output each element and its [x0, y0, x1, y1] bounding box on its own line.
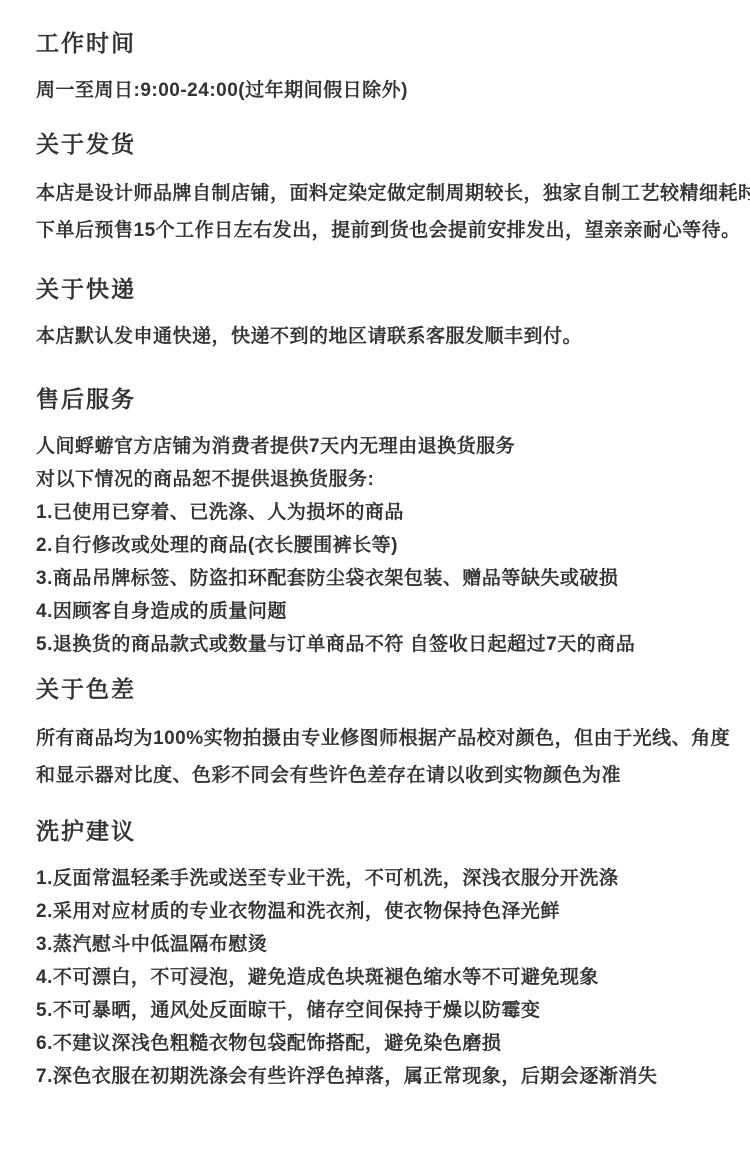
after-sales-item: 4.因顾客自身造成的质量问题: [36, 595, 742, 628]
section-after-sales: 售后服务 人间蜉蝣官方店铺为消费者提供7天内无理由退换货服务 对以下情况的商品恕…: [36, 386, 742, 661]
after-sales-heading: 售后服务: [36, 386, 742, 412]
store-policy-page: 工作时间 周一至周日:9:00-24:00(过年期间假日除外) 关于发货 本店是…: [0, 0, 750, 1157]
express-heading: 关于快递: [36, 276, 742, 302]
color-difference-heading: 关于色差: [36, 676, 742, 702]
color-difference-text-line: 和显示器对比度、色彩不同会有些许色差存在请以收到实物颜色为准: [36, 757, 742, 794]
washing-care-item: 2.采用对应材质的专业衣物温和洗衣剂，使衣物保持色泽光鲜: [36, 895, 742, 928]
section-shipping: 关于发货 本店是设计师品牌自制店铺，面料定染定做定制周期较长，独家自制工艺较精细…: [36, 131, 742, 249]
after-sales-item: 5.退换货的商品款式或数量与订单商品不符 自签收日起超过7天的商品: [36, 628, 742, 661]
shipping-heading: 关于发货: [36, 131, 742, 157]
shipping-text-line: 本店是设计师品牌自制店铺，面料定染定做定制周期较长，独家自制工艺较精细耗时，: [36, 175, 742, 212]
color-difference-text-line: 所有商品均为100%实物拍摄由专业修图师根据产品校对颜色，但由于光线、角度: [36, 720, 742, 757]
after-sales-condition-intro: 对以下情况的商品恕不提供退换货服务:: [36, 463, 742, 496]
washing-care-item: 5.不可暴晒，通风处反面晾干，储存空间保持于燥以防霉变: [36, 994, 742, 1027]
section-color-difference: 关于色差 所有商品均为100%实物拍摄由专业修图师根据产品校对颜色，但由于光线、…: [36, 676, 742, 794]
working-hours-text: 周一至周日:9:00-24:00(过年期间假日除外): [36, 74, 742, 107]
section-express: 关于快递 本店默认发申通快递，快递不到的地区请联系客服发顺丰到付。: [36, 276, 742, 353]
washing-care-heading: 洗护建议: [36, 818, 742, 844]
after-sales-intro: 人间蜉蝣官方店铺为消费者提供7天内无理由退换货服务: [36, 430, 742, 463]
after-sales-item: 1.已使用已穿着、已洗涤、人为损坏的商品: [36, 496, 742, 529]
section-washing-care: 洗护建议 1.反面常温轻柔手洗或送至专业干洗，不可机洗，深浅衣服分开洗涤 2.采…: [36, 818, 742, 1093]
washing-care-item: 3.蒸汽慰斗中低温隔布慰烫: [36, 928, 742, 961]
section-working-hours: 工作时间 周一至周日:9:00-24:00(过年期间假日除外): [36, 30, 742, 107]
express-text: 本店默认发申通快递，快递不到的地区请联系客服发顺丰到付。: [36, 320, 742, 353]
working-hours-heading: 工作时间: [36, 30, 742, 56]
after-sales-item: 2.自行修改或处理的商品(衣长腰围裤长等): [36, 529, 742, 562]
after-sales-item: 3.商品吊牌标签、防盗扣环配套防尘袋衣架包装、赠品等缺失或破损: [36, 562, 742, 595]
washing-care-item: 1.反面常温轻柔手洗或送至专业干洗，不可机洗，深浅衣服分开洗涤: [36, 862, 742, 895]
washing-care-item: 4.不可漂白，不可浸泡，避免造成色块斑褪色缩水等不可避免现象: [36, 961, 742, 994]
washing-care-item: 6.不建议深浅色粗糙衣物包袋配饰搭配，避免染色磨损: [36, 1027, 742, 1060]
shipping-text-line: 下单后预售15个工作日左右发出，提前到货也会提前安排发出，望亲亲耐心等待。: [36, 212, 742, 249]
washing-care-item: 7.深色衣服在初期洗涤会有些许浮色掉落，属正常现象，后期会逐渐消失: [36, 1060, 742, 1093]
